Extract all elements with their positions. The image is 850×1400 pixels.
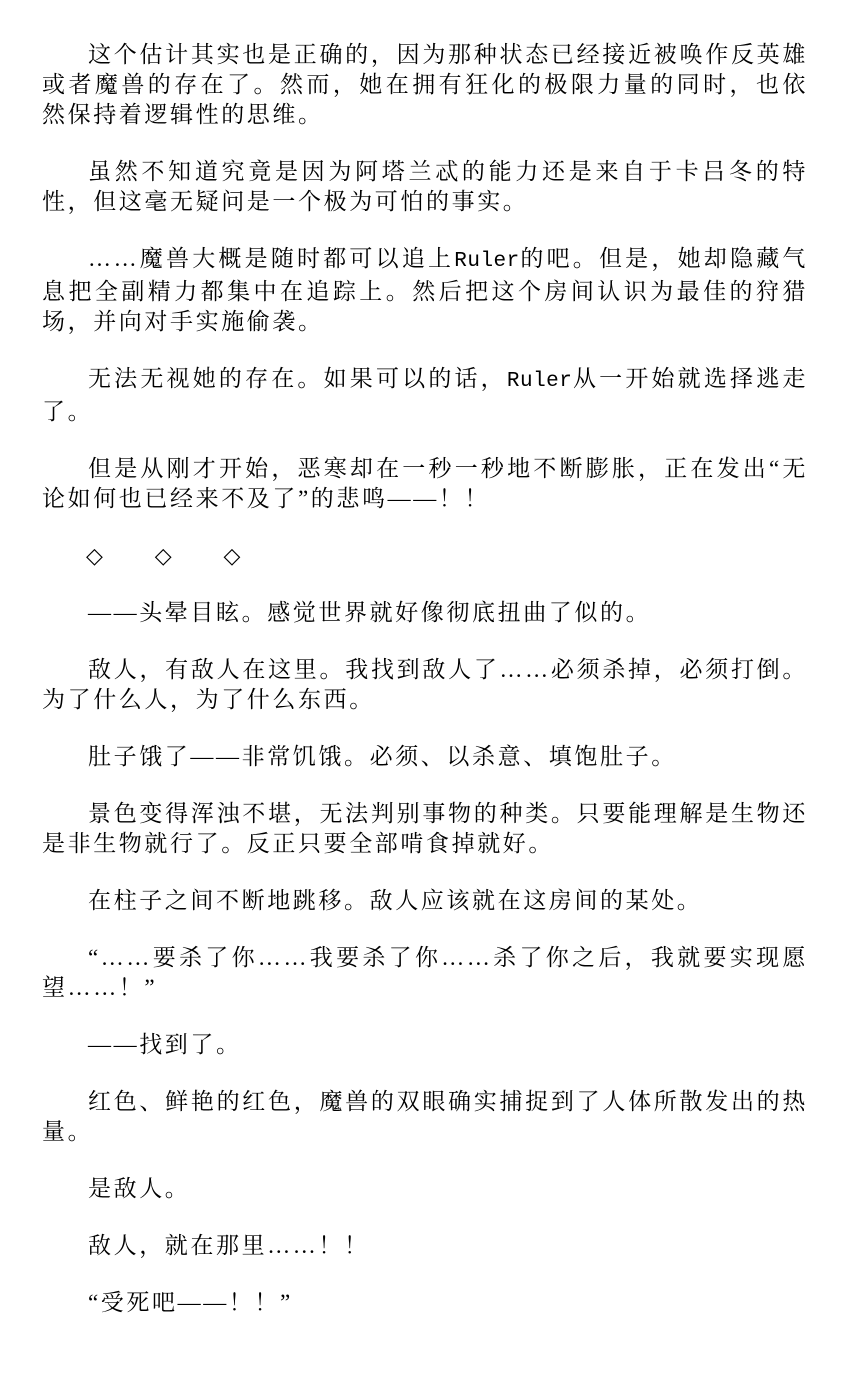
paragraph: 红色、鲜艳的红色，魔兽的双眼确实捕捉到了人体所散发出的热量。 [42,1087,808,1147]
novel-text-page: 这个估计其实也是正确的，因为那种状态已经接近被唤作反英雄或者魔兽的存在了。然而，… [0,0,850,1400]
paragraph: 但是从刚才开始，恶寒却在一秒一秒地不断膨胀，正在发出“无论如何也已经来不及了”的… [42,454,808,514]
paragraph: 肚子饿了——非常饥饿。必须、以杀意、填饱肚子。 [42,742,808,772]
paragraph: “受死吧——！！” [42,1288,808,1318]
latin-text: Ruler [454,250,520,273]
paragraph: 景色变得浑浊不堪，无法判别事物的种类。只要能理解是生物还是非生物就行了。反正只要… [42,799,808,859]
paragraph: ……魔兽大概是随时都可以追上Ruler的吧。但是，她却隐藏气息把全副精力都集中在… [42,244,808,337]
scene-separator: ◇ ◇ ◇ [42,541,808,571]
latin-text: Ruler [507,370,573,393]
paragraph: ——头晕目眩。感觉世界就好像彻底扭曲了似的。 [42,598,808,628]
paragraph: 在柱子之间不断地跳移。敌人应该就在这房间的某处。 [42,886,808,916]
paragraph: 这个估计其实也是正确的，因为那种状态已经接近被唤作反英雄或者魔兽的存在了。然而，… [42,40,808,130]
paragraph: 虽然不知道究竟是因为阿塔兰忒的能力还是来自于卡吕冬的特性，但这毫无疑问是一个极为… [42,157,808,217]
paragraph: ——找到了。 [42,1030,808,1060]
paragraph: 敌人，就在那里……！！ [42,1231,808,1261]
paragraph: “……要杀了你……我要杀了你……杀了你之后，我就要实现愿望……！” [42,943,808,1003]
paragraph: 无法无视她的存在。如果可以的话，Ruler从一开始就选择逃走了。 [42,364,808,427]
paragraph: 敌人，有敌人在这里。我找到敌人了……必须杀掉，必须打倒。为了什么人，为了什么东西… [42,655,808,715]
paragraph: 是敌人。 [42,1174,808,1204]
